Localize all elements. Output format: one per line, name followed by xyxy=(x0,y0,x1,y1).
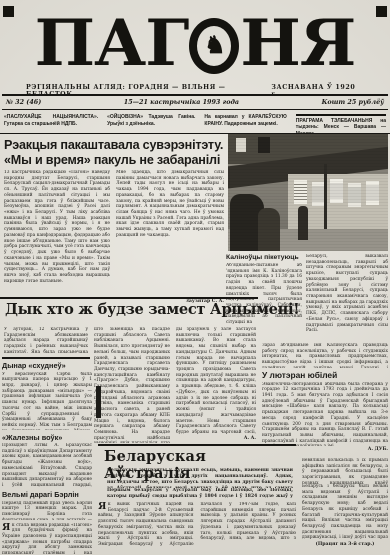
issue-date: 15—21 кастрычніка 1993 года xyxy=(124,98,239,106)
briefs-rule xyxy=(2,357,90,359)
issue-number: № 32 (46) xyxy=(6,98,41,106)
section-rule xyxy=(0,297,258,299)
continued-on-page-note: (Працяг на 3-й стар.) xyxy=(302,542,388,547)
founded-line: ЗАСНАВАНА Ў 1920 г. xyxy=(271,84,364,98)
picket-article-wide: Зараз аб'яднаньне імя Каліноўскага право… xyxy=(262,343,388,368)
news-briefs: Дынар «схуднеў» У вераснёўскай Сэрбіі бы… xyxy=(2,361,92,554)
knight-icon: ♞ xyxy=(204,33,225,57)
issue-price: Кошт 25 рублёў xyxy=(322,98,384,106)
photo-caption-text: Аб'яднаньне-пытаньне аб 'яднаньня імя К.… xyxy=(226,263,302,337)
lead-body-col2: Мне здаецца, што дэмакратычныя сілы паві… xyxy=(116,170,224,310)
lutheran-text: Эвангелічна-лютэранская абшчына была ств… xyxy=(262,382,388,446)
teaser-item-nationalist: «ПАСЛУХАЙЦЕ НАЦЫЯНАЛІСТА». Гутарка са ст… xyxy=(4,114,98,138)
brief-dinar-heading: Дынар «схуднеў» xyxy=(2,361,92,370)
masthead-title-right: НЯ xyxy=(240,12,355,76)
australia-dropcap: Я xyxy=(98,502,106,512)
brief-wolf-text: Прэзыдэнт Літвы А. Бразаўскас падпісаў з… xyxy=(2,443,92,487)
australia-col-text: к вынік трагічных падзей на Беларусі пад… xyxy=(98,502,296,547)
front-photo xyxy=(228,134,388,251)
arcymeni-col1: У аўторак, 12 кастрычніка ў Гарадзенскім… xyxy=(4,327,88,353)
column-divider-mark xyxy=(96,386,101,418)
issue-info-bar: № 32 (46) 15—21 кастрычніка 1993 года Ко… xyxy=(6,98,384,106)
australia-right-col: невялікая колькасьць з іх прымалі афіцый… xyxy=(302,458,388,547)
australia-lead: Беларускія эмігранты ў Аўстраліі ёсьць, … xyxy=(107,468,293,488)
photo-caption-block: Каліноўцы пікетуюць Аб'яднаньне-пытаньне… xyxy=(226,254,302,337)
regional-review-line: РЭГІЯНАЛЬНЫ АГЛЯД: ГОРАДНЯ — ВІЛЬНЯ — БЕ… xyxy=(26,84,271,98)
lead-headline-line2: «Мы и время» пакуль не забаранілі xyxy=(4,153,228,168)
pahonia-emblem: ♞ xyxy=(189,18,239,74)
arcymeni-col3-text: ды зразумелі ў зале застаўся выключна то… xyxy=(176,327,256,435)
newspaper-page: ПАГ ♞ НЯ РЭГІЯНАЛЬНЫ АГЛЯД: ГОРАДНЯ — ВІ… xyxy=(0,0,390,555)
brief-dinar-text: У вераснёўскай Сэрбіі была выпушчана пап… xyxy=(2,372,92,430)
teaser-item-ojcovizna: «ОЙЦОВІЗНА» Тадэвуша Гавіна. Урыўкі з дз… xyxy=(107,114,195,138)
lead-body-col1: 13 кастрычніка рэдакцыю «Пагоні» наведаў… xyxy=(4,170,110,308)
brief-berlin-text: Пераезд падземкай праз увесь Бэрлін кашт… xyxy=(2,501,92,520)
masthead-title: ПАГ ♞ НЯ xyxy=(0,8,390,80)
arcymeni-col3: ды зразумелі ў зале застаўся выключна то… xyxy=(176,327,256,445)
lead-headline: Рэакцыя пакаштавала сувэрэнітэту. «Мы и … xyxy=(4,138,228,168)
lutheran-heading: У лютэран юбілей xyxy=(262,370,388,380)
masthead-rule-top xyxy=(2,94,388,96)
australia-right-p2: Беларусь і беларусы былі вельмі мала вяд… xyxy=(302,484,388,540)
brief-wolf-heading: «Жалезны воўк» xyxy=(2,433,92,442)
arcymeni-byline: А. А. xyxy=(176,436,256,441)
photo-grain xyxy=(228,134,388,251)
australia-lead2: Першым беларусам у Аўстраліі быў Іван Па… xyxy=(107,488,293,499)
masthead-rule-bottom xyxy=(2,109,388,110)
brief-dropcap-text: к стала вядома рэдакцыі «Пагоні» для буд… xyxy=(2,523,92,554)
australia-columns: Як вынік трагічных падзей на Беларусі па… xyxy=(98,502,296,553)
masthead-subtitle-row: РЭГІЯНАЛЬНЫ АГЛЯД: ГОРАДНЯ — ВІЛЬНЯ — БЕ… xyxy=(26,84,364,98)
arcymeni-headline: Дык хто ж будзе замест Арцымені! xyxy=(5,301,257,318)
brief-dropcap: Я xyxy=(2,523,10,533)
lutheran-article: У лютэран юбілей Эвангелічна-лютэранская… xyxy=(262,370,388,452)
lead-body-col2-text: Мне здаецца, што дэмакратычныя сілы паві… xyxy=(116,170,224,298)
picket-article-col: Беларусі, выказвалі незадаволенасьць, га… xyxy=(306,254,388,340)
photo-caption-heading: Каліноўцы пікетуюць xyxy=(226,254,302,261)
masthead-title-left: ПАГ xyxy=(35,12,189,76)
lead-headline-line1: Рэакцыя пакаштавала сувэрэнітэту. xyxy=(4,138,228,153)
brief-dropcap-para: Як стала вядома рэдакцыі «Пагоні» для бу… xyxy=(2,523,92,554)
australia-rule xyxy=(98,444,296,446)
australia-right-p1: невялікая колькасьць з іх прымалі афіцый… xyxy=(302,458,388,484)
arcymeni-col2: што зьменіцца на пасадзе старшыні абласн… xyxy=(94,327,170,443)
brief-berlin-heading: Вельмі дарагі Бэрлін xyxy=(2,490,92,499)
australia-lead-block: Беларускія эмігранты ў Аўстраліі ёсьць, … xyxy=(107,468,293,499)
